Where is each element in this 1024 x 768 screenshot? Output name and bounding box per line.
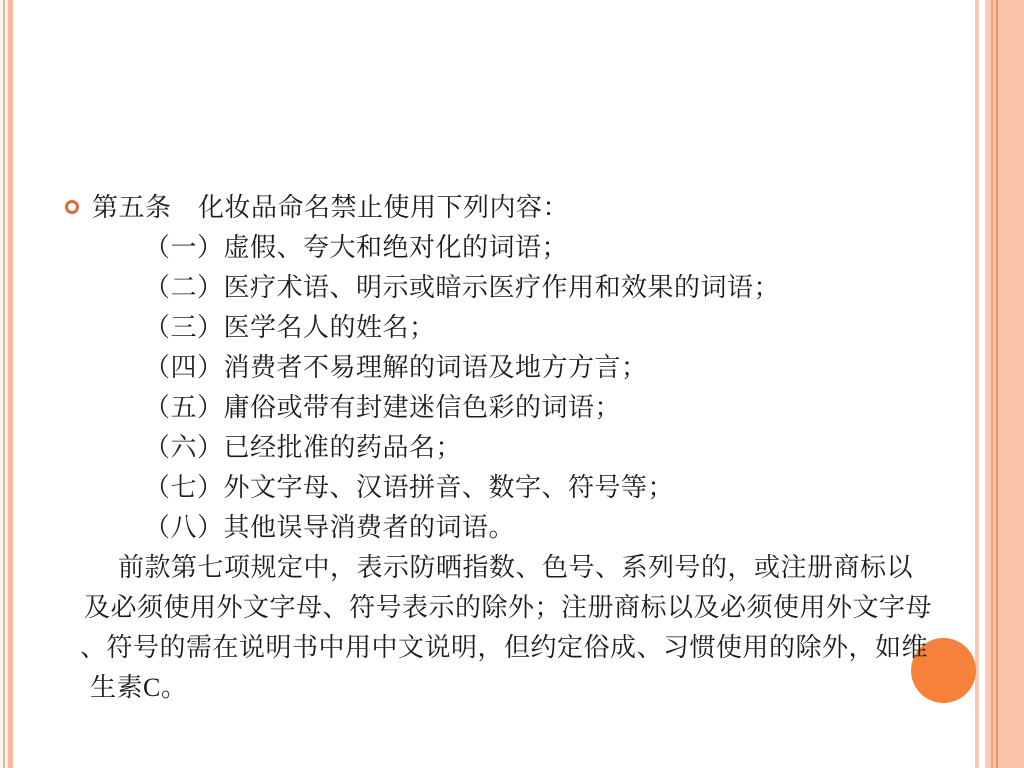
right-border-salmon-band: [998, 0, 1024, 768]
paragraph-line: 生素C。: [90, 668, 904, 708]
ring-bullet-icon: [65, 200, 79, 214]
list-item: （六）已经批准的药品名；: [92, 428, 904, 468]
article-heading-text: 第五条 化妆品命名禁止使用下列内容：: [92, 193, 569, 222]
list-item: （二）医疗术语、明示或暗示医疗作用和效果的词语；: [92, 268, 904, 308]
list-item: （七）外文字母、汉语拼音、数字、符号等；: [92, 468, 904, 508]
list-item: （一）虚假、夸大和绝对化的词语；: [92, 228, 904, 268]
paragraph-line: 前款第七项规定中，表示防晒指数、色号、系列号的，或注册商标以: [92, 548, 904, 588]
list-item: （五）庸俗或带有封建迷信色彩的词语；: [92, 388, 904, 428]
paragraph-line: 及必须使用外文字母、符号表示的除外；注册商标以及必须使用外文字母: [84, 588, 904, 628]
list-item: （三）医学名人的姓名；: [92, 308, 904, 348]
list-item: （四）消费者不易理解的词语及地方方言；: [92, 348, 904, 388]
article-heading-line: 第五条 化妆品命名禁止使用下列内容：: [92, 188, 904, 228]
slide-background: 第五条 化妆品命名禁止使用下列内容： （一）虚假、夸大和绝对化的词语； （二）医…: [0, 0, 1024, 768]
list-item: （八）其他误导消费者的词语。: [92, 508, 904, 548]
paragraph-line: 、符号的需在说明书中用中文说明，但约定俗成、习惯使用的除外，如维: [80, 628, 904, 668]
slide-text-block: 第五条 化妆品命名禁止使用下列内容： （一）虚假、夸大和绝对化的词语； （二）医…: [92, 188, 904, 708]
left-border-salmon-stripe: [8, 0, 13, 768]
